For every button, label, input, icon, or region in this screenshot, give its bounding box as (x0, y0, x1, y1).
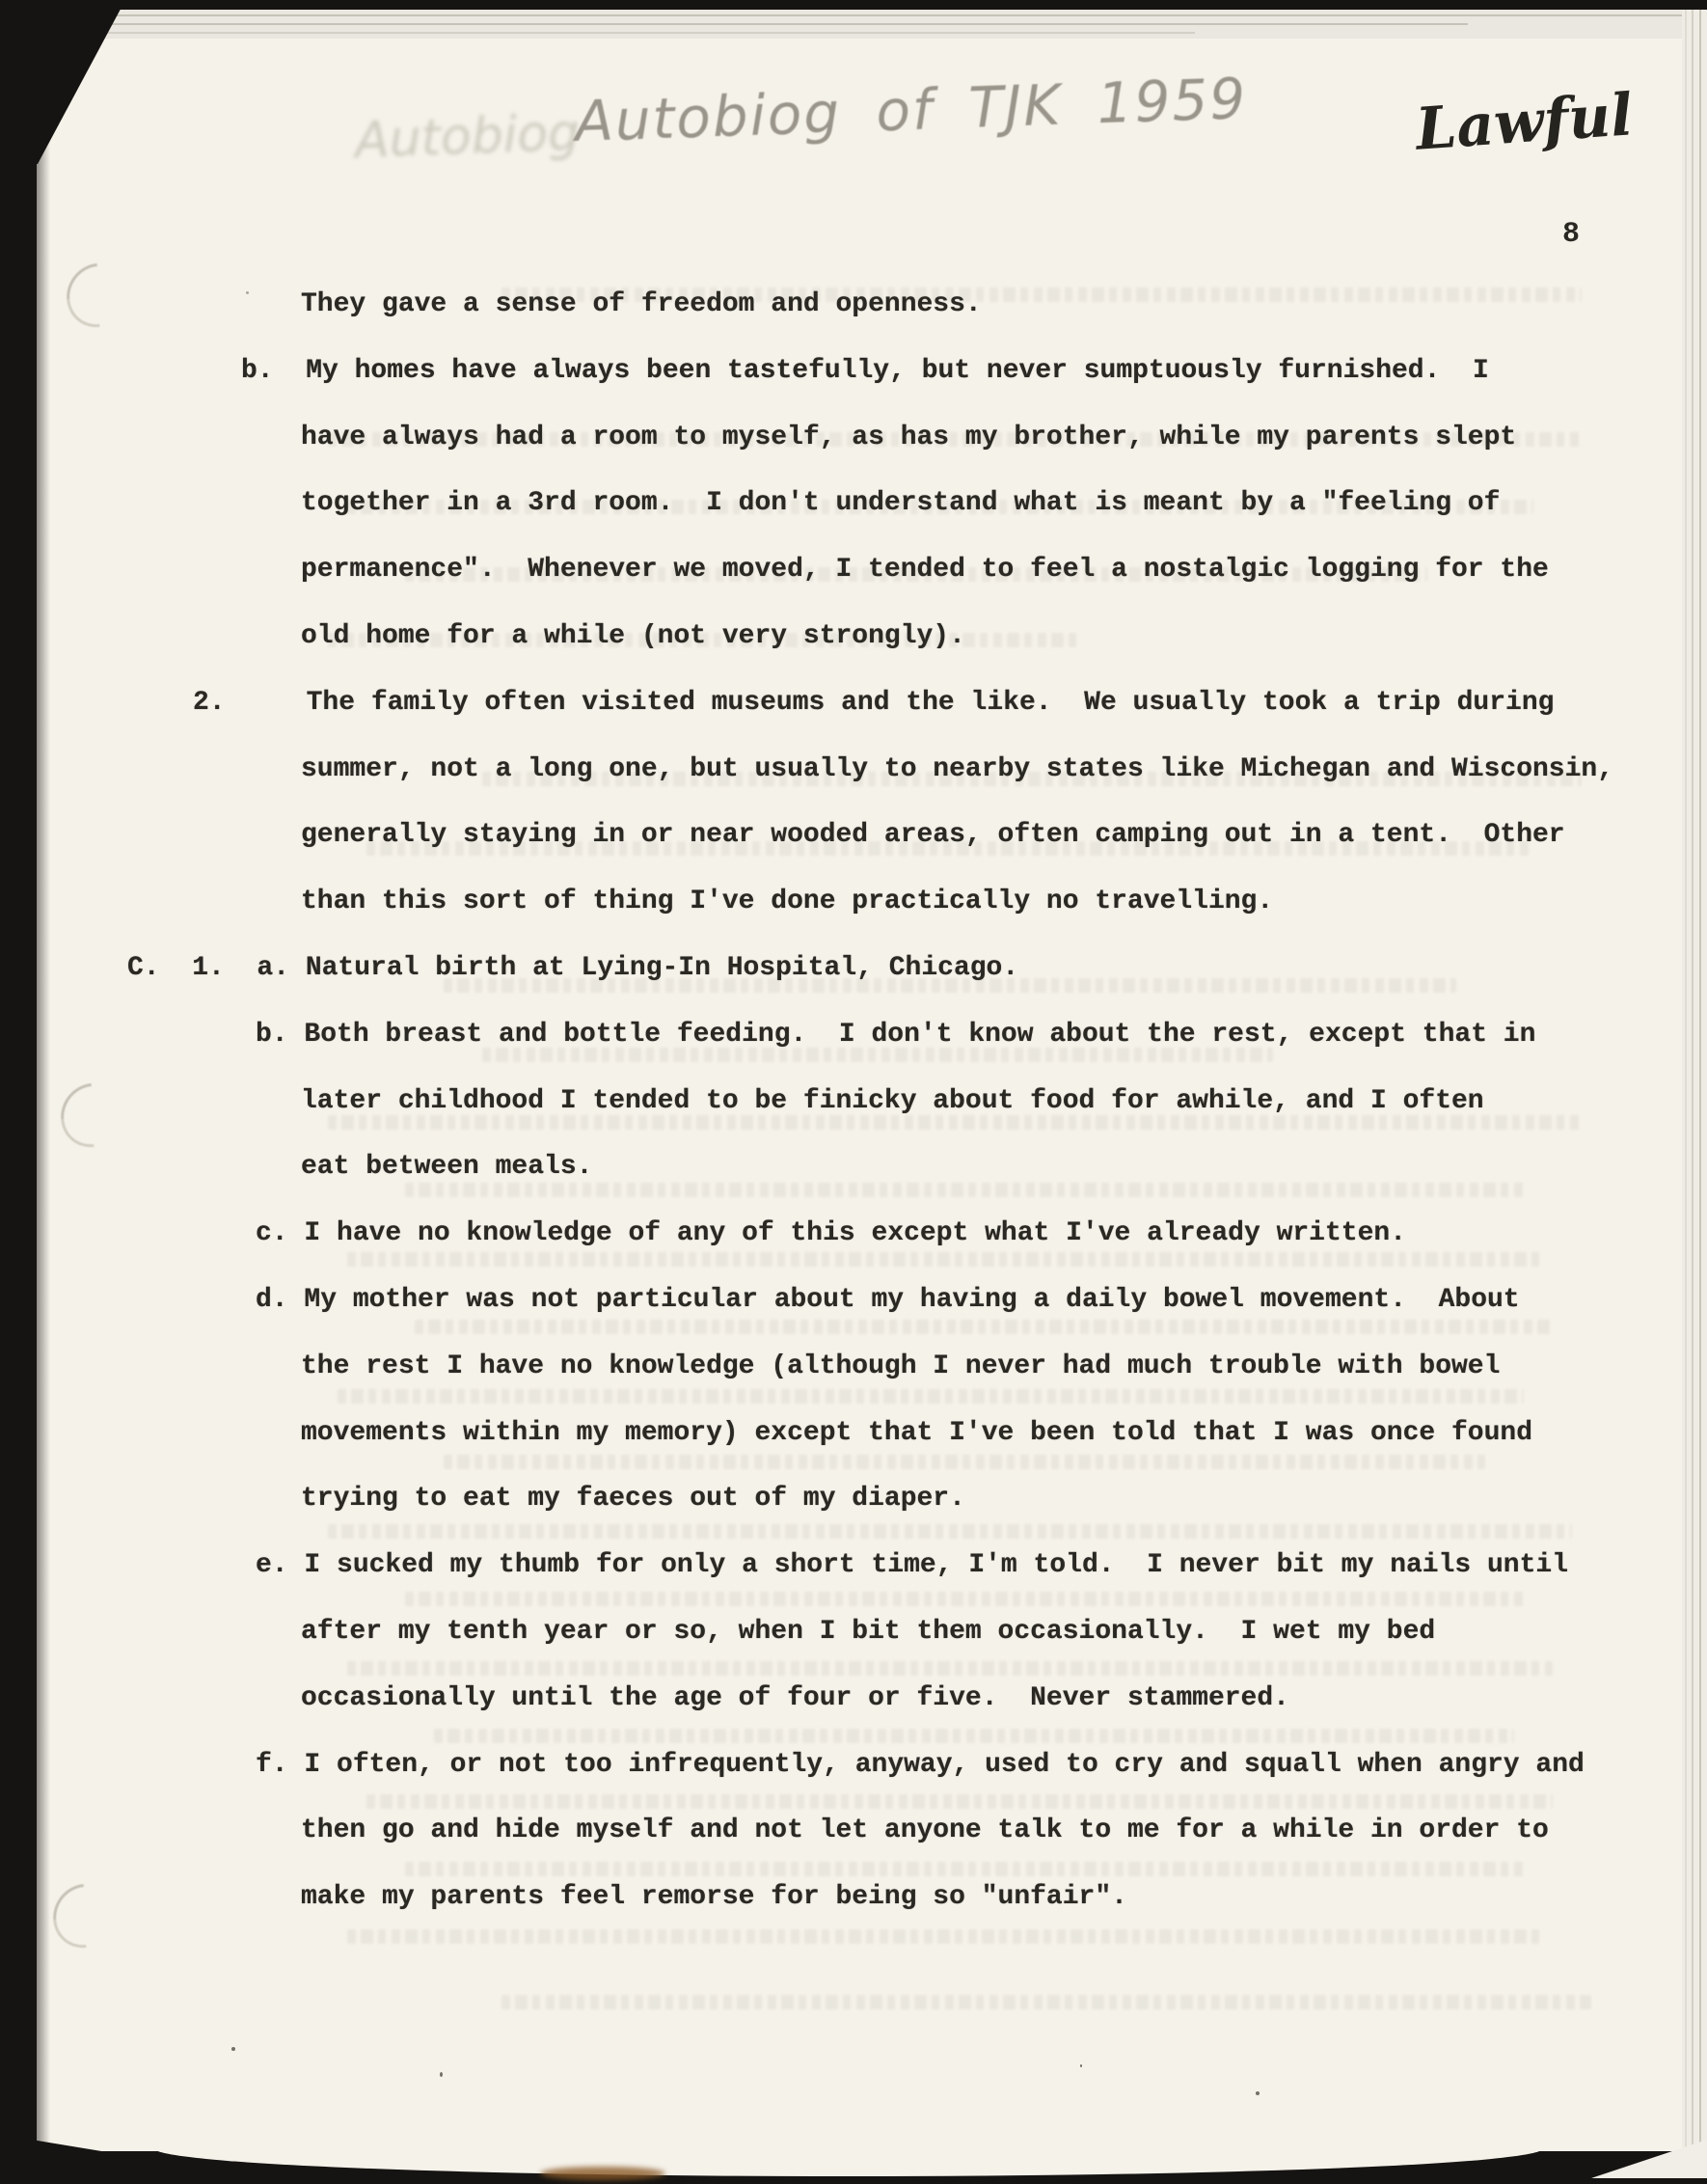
scan-edge-top (0, 0, 1707, 10)
typed-line: the rest I have no knowledge (although I… (0, 1351, 1707, 1418)
paper-stack-top-edge (0, 10, 1707, 39)
typed-line: C. 1. a. Natural birth at Lying-In Hospi… (0, 953, 1707, 1020)
paper-bottom-curve (154, 2120, 1543, 2176)
scanned-document-page: Autobiog Autobiog of TJK 1959 Lawful 8 T… (0, 0, 1707, 2184)
typed-line: d. My mother was not particular about my… (0, 1285, 1707, 1351)
typed-line: eat between meals. (0, 1152, 1707, 1218)
typed-line: later childhood I tended to be finicky a… (0, 1086, 1707, 1153)
typed-line: permanence". Whenever we moved, I tended… (0, 555, 1707, 621)
scan-smudge (540, 2167, 665, 2180)
page-number: 8 (1562, 218, 1580, 251)
dust-speck (440, 2072, 443, 2077)
typed-line: e. I sucked my thumb for only a short ti… (0, 1550, 1707, 1617)
dust-speck (246, 291, 249, 294)
typed-line: old home for a while (not very strongly)… (0, 621, 1707, 688)
scan-edge-left (0, 0, 37, 2184)
typed-line: after my tenth year or so, when I bit th… (0, 1617, 1707, 1683)
typed-line: occasionally until the age of four or fi… (0, 1683, 1707, 1750)
typed-line: generally staying in or near wooded area… (0, 820, 1707, 887)
bleed-through-line (501, 1995, 1591, 2009)
dust-speck (231, 2047, 235, 2051)
typed-line: b. Both breast and bottle feeding. I don… (0, 1020, 1707, 1086)
typed-line: b. My homes have always been tastefully,… (0, 356, 1707, 423)
typed-text-body: They gave a sense of freedom and opennes… (0, 289, 1707, 1949)
typed-line: f. I often, or not too infrequently, any… (0, 1750, 1707, 1816)
scan-edge-left-shadow (37, 0, 50, 2184)
typed-line: trying to eat my faeces out of my diaper… (0, 1484, 1707, 1550)
typed-line: movements within my memory) except that … (0, 1418, 1707, 1485)
typed-line: summer, not a long one, but usually to n… (0, 754, 1707, 821)
typed-line: have always had a room to myself, as has… (0, 423, 1707, 489)
typed-line: make my parents feel remorse for being s… (0, 1882, 1707, 1949)
typed-line: than this sort of thing I've done practi… (0, 887, 1707, 953)
dust-speck (1256, 2091, 1260, 2095)
typed-line: c. I have no knowledge of any of this ex… (0, 1218, 1707, 1285)
header-note-ghost: Autobiog (354, 104, 581, 170)
scan-corner-top-left (0, 0, 125, 164)
typed-line: They gave a sense of freedom and opennes… (0, 289, 1707, 356)
corner-handwritten-note: Lawful (1414, 81, 1635, 164)
typed-line: together in a 3rd room. I don't understa… (0, 488, 1707, 555)
dust-speck (1080, 2064, 1082, 2067)
typed-line: 2. The family often visited museums and … (0, 688, 1707, 754)
typed-line: then go and hide myself and not let anyo… (0, 1815, 1707, 1882)
header-handwritten-note: Autobiog of TJK 1959 (574, 66, 1248, 154)
paper-stack-right-edge (1682, 0, 1707, 2184)
